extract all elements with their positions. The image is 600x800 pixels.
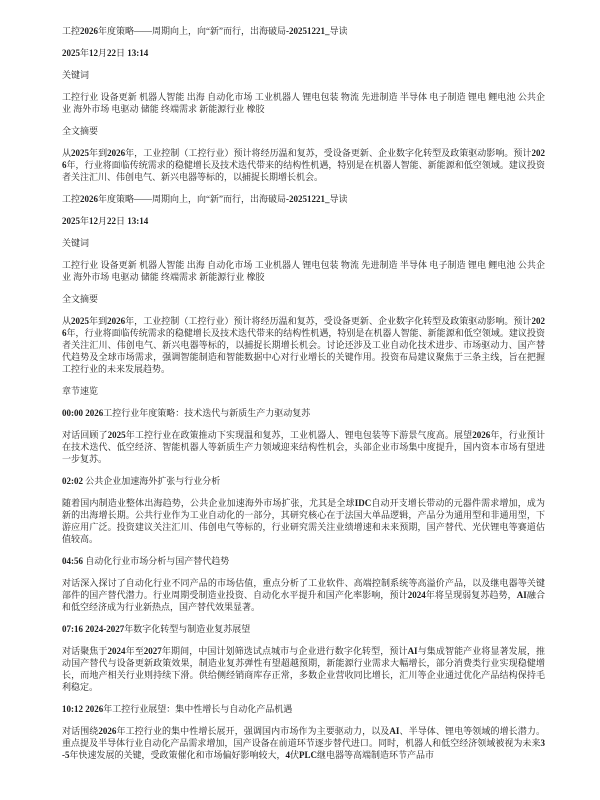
- chapter-body: 对话聚焦于2024年至2027年期间，中国计划筛选试点城市与企业进行数字化转型，…: [62, 645, 545, 693]
- keywords-label: 关键词: [62, 69, 545, 81]
- doc-datetime: 2025年12月22日 13:14: [62, 47, 545, 59]
- document-page: 工控2026年度策略——周期向上，向“新”而行，出海破局-20251221_导读…: [0, 0, 600, 800]
- keywords-text: 工控行业 设备更新 机器人智能 出海 自动化市场 工业机器人 锂电包装 物流 先…: [62, 91, 545, 115]
- keywords-text-repeat: 工控行业 设备更新 机器人智能 出海 自动化市场 工业机器人 锂电包装 物流 先…: [62, 259, 545, 283]
- chapter-body: 对话深入探讨了自动化行业不同产品的市场估值，重点分析了工业软件、高端控制系统等高…: [62, 577, 545, 613]
- chapter-heading: 02:02 公共企业加速海外扩张与行业分析: [62, 475, 545, 487]
- chapters-label: 章节速览: [62, 385, 545, 397]
- chapter-heading: 00:00 2026工控行业年度策略：技术迭代与新质生产力驱动复苏: [62, 407, 545, 419]
- summary-short-text: 从2025年到2026年，工业控制（工控行业）预计将经历温和复苏，受设备更新、企…: [62, 147, 545, 183]
- keywords-label-repeat: 关键词: [62, 237, 545, 249]
- summary-label: 全文摘要: [62, 125, 545, 137]
- chapter-body: 对话围绕2026年工控行业的集中性增长展开，强调国内市场作为主要驱动力，以及AI…: [62, 725, 545, 761]
- chapter-heading: 10:12 2026年工控行业展望：集中性增长与自动化产品机遇: [62, 703, 545, 715]
- summary-label-repeat: 全文摘要: [62, 293, 545, 305]
- summary-full-text: 从2025年到2026年，工业控制（工控行业）预计将经历温和复苏，受设备更新、企…: [62, 315, 545, 375]
- chapter-body: 随着国内制造业整体出海趋势，公共企业加速海外市场扩张，尤其是全球IDC自动开支增…: [62, 497, 545, 545]
- chapter-heading: 04:56 自动化行业市场分析与国产替代趋势: [62, 555, 545, 567]
- chapter-body: 对话回顾了2025年工控行业在政策推动下实现温和复苏，工业机器人、锂电包装等下游…: [62, 429, 545, 465]
- doc-datetime-repeat: 2025年12月22日 13:14: [62, 215, 545, 227]
- chapter-heading: 07:16 2024-2027年数字化转型与制造业复苏展望: [62, 623, 545, 635]
- doc-title: 工控2026年度策略——周期向上，向“新”而行，出海破局-20251221_导读: [62, 25, 545, 37]
- doc-title-repeat: 工控2026年度策略——周期向上，向“新”而行，出海破局-20251221_导读: [62, 193, 545, 205]
